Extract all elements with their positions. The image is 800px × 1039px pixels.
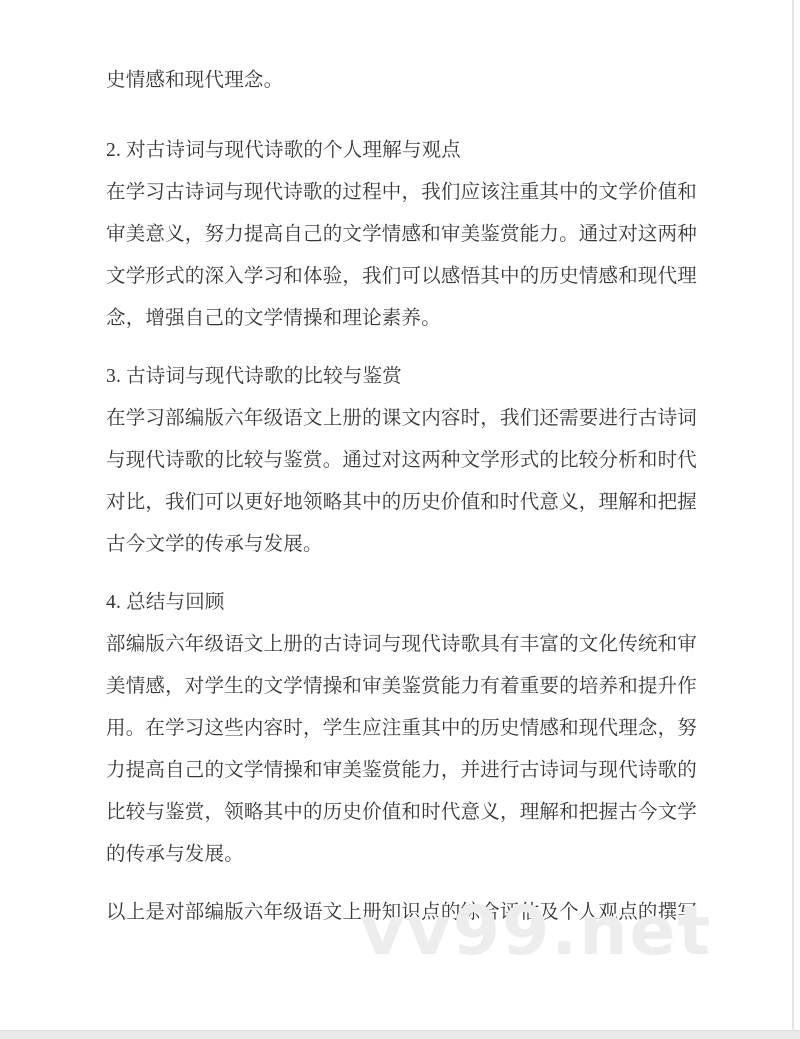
section-2-heading: 2. 对古诗词与现代诗歌的个人理解与观点: [106, 130, 700, 172]
section-4-line: 美情感，对学生的文学情操和审美鉴赏能力有着重要的培养和提升作: [106, 666, 700, 708]
section-4-line: 比较与鉴赏，领略其中的历史价值和时代意义，理解和把握古今文学: [106, 792, 700, 834]
section-4: 4. 总结与回顾 部编版六年级语文上册的古诗词与现代诗歌具有丰富的文化传统和审 …: [106, 582, 700, 876]
page-right-edge-divider: [792, 0, 794, 1030]
section-4-line: 部编版六年级语文上册的古诗词与现代诗歌具有丰富的文化传统和审: [106, 624, 700, 666]
section-3-line: 与现代诗歌的比较与鉴赏。通过对这两种文学形式的比较分析和时代: [106, 440, 700, 482]
paragraph-fragment-line: 史情感和现代理念。: [106, 60, 700, 102]
document-page: 史情感和现代理念。 2. 对古诗词与现代诗歌的个人理解与观点 在学习古诗词与现代…: [0, 0, 800, 1039]
section-2: 2. 对古诗词与现代诗歌的个人理解与观点 在学习古诗词与现代诗歌的过程中，我们应…: [106, 130, 700, 340]
section-2-line: 审美意义，努力提高自己的文学情感和审美鉴赏能力。通过对这两种: [106, 214, 700, 256]
section-4-line: 的传承与发展。: [106, 834, 700, 876]
section-3: 3. 古诗词与现代诗歌的比较与鉴赏 在学习部编版六年级语文上册的课文内容时，我们…: [106, 356, 700, 566]
page-bottom-edge-strip: [0, 1030, 800, 1039]
section-2-line: 文学形式的深入学习和体验，我们可以感悟其中的历史情感和现代理: [106, 256, 700, 298]
section-3-line: 在学习部编版六年级语文上册的课文内容时，我们还需要进行古诗词: [106, 398, 700, 440]
section-3-line: 对比，我们可以更好地领略其中的历史价值和时代意义，理解和把握: [106, 482, 700, 524]
section-2-line: 念，增强自己的文学情操和理论素养。: [106, 298, 700, 340]
section-4-line: 用。在学习这些内容时，学生应注重其中的历史情感和现代理念，努: [106, 708, 700, 750]
section-3-line: 古今文学的传承与发展。: [106, 524, 700, 566]
document-body-text: 史情感和现代理念。 2. 对古诗词与现代诗歌的个人理解与观点 在学习古诗词与现代…: [106, 60, 700, 934]
section-3-heading: 3. 古诗词与现代诗歌的比较与鉴赏: [106, 356, 700, 398]
section-2-line: 在学习古诗词与现代诗歌的过程中，我们应该注重其中的文学价值和: [106, 172, 700, 214]
section-4-line: 力提高自己的文学情操和审美鉴赏能力，并进行古诗词与现代诗歌的: [106, 750, 700, 792]
section-4-heading: 4. 总结与回顾: [106, 582, 700, 624]
site-watermark: vv99.net: [360, 898, 712, 966]
